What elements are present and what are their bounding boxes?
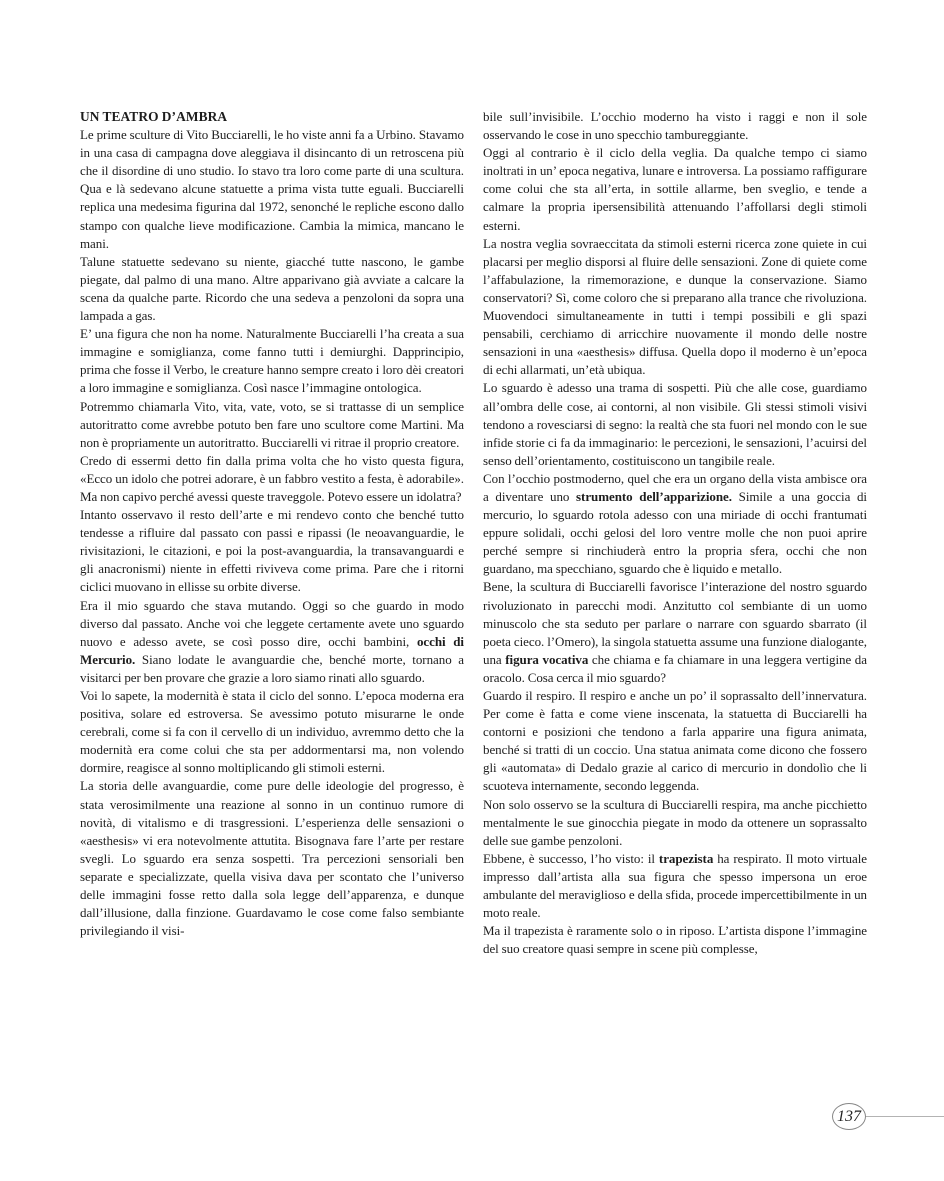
text-segment: bile sull’invisibile. L’occhio moderno h…	[483, 109, 867, 142]
paragraph: Guardo il respiro. Il respiro e anche un…	[483, 687, 867, 796]
page-number-badge: 137	[832, 1103, 866, 1130]
text-segment: Le prime sculture di Vito Bucciarelli, l…	[80, 127, 464, 251]
page-number: 137	[837, 1108, 861, 1126]
paragraph: Lo sguardo è adesso una trama di sospett…	[483, 379, 867, 469]
footer-rule	[864, 1116, 944, 1117]
article-title: UN TEATRO D’AMBRA	[80, 108, 464, 126]
paragraph: Ebbene, è successo, l’ho visto: il trape…	[483, 850, 867, 922]
paragraph: Credo di essermi detto fin dalla prima v…	[80, 452, 464, 506]
paragraph: La nostra veglia sovraeccitata da stimol…	[483, 235, 867, 380]
text-segment: Guardo il respiro. Il respiro e anche un…	[483, 688, 867, 793]
paragraph: E’ una figura che non ha nome. Naturalme…	[80, 325, 464, 397]
text-column-left: UN TEATRO D’AMBRA Le prime sculture di V…	[80, 108, 464, 940]
text-segment: Ebbene, è successo, l’ho visto: il	[483, 851, 659, 866]
text-segment: Intanto osservavo il resto dell’arte e m…	[80, 507, 464, 594]
paragraph: Voi lo sapete, la modernità è stata il c…	[80, 687, 464, 777]
paragraph: Era il mio sguardo che stava mutando. Og…	[80, 597, 464, 687]
paragraph: Oggi al contrario è il ciclo della vegli…	[483, 144, 867, 234]
paragraph: Talune statuette sedevano su niente, gia…	[80, 253, 464, 325]
paragraph: La storia delle avanguardie, come pure d…	[80, 777, 464, 940]
book-page: UN TEATRO D’AMBRA Le prime sculture di V…	[0, 0, 944, 1181]
paragraph: bile sull’invisibile. L’occhio moderno h…	[483, 108, 867, 144]
column-left-paragraphs: Le prime sculture di Vito Bucciarelli, l…	[80, 126, 464, 940]
paragraph: Potremmo chiamarla Vito, vita, vate, vot…	[80, 398, 464, 452]
text-segment: La nostra veglia sovraeccitata da stimol…	[483, 236, 867, 378]
text-segment: Siano lodate le avanguardie che, benché …	[80, 652, 464, 685]
text-segment: Oggi al contrario è il ciclo della vegli…	[483, 145, 867, 232]
text-segment: Talune statuette sedevano su niente, gia…	[80, 254, 464, 323]
text-segment: Potremmo chiamarla Vito, vita, vate, vot…	[80, 399, 464, 450]
text-segment: E’ una figura che non ha nome. Naturalme…	[80, 326, 464, 395]
text-segment: Non solo osservo se la scultura di Bucci…	[483, 797, 867, 848]
text-segment: Voi lo sapete, la modernità è stata il c…	[80, 688, 464, 775]
text-segment: Era il mio sguardo che stava mutando. Og…	[80, 598, 464, 649]
text-segment: La storia delle avanguardie, come pure d…	[80, 778, 464, 938]
paragraph: Le prime sculture di Vito Bucciarelli, l…	[80, 126, 464, 253]
paragraph: Bene, la scultura di Bucciarelli favoris…	[483, 578, 867, 687]
bold-phrase: strumento dell’apparizione.	[576, 489, 732, 504]
text-column-right: bile sull’invisibile. L’occhio moderno h…	[483, 108, 867, 958]
paragraph: Non solo osservo se la scultura di Bucci…	[483, 796, 867, 850]
text-segment: Lo sguardo è adesso una trama di sospett…	[483, 380, 867, 467]
text-segment: Credo di essermi detto fin dalla prima v…	[80, 453, 464, 504]
text-segment: Ma il trapezista è raramente solo o in r…	[483, 923, 867, 956]
bold-phrase: figura vocativa	[505, 652, 588, 667]
paragraph: Ma il trapezista è raramente solo o in r…	[483, 922, 867, 958]
paragraph: Con l’occhio postmoderno, quel che era u…	[483, 470, 867, 579]
paragraph: Intanto osservavo il resto dell’arte e m…	[80, 506, 464, 596]
bold-phrase: trapezista	[659, 851, 713, 866]
